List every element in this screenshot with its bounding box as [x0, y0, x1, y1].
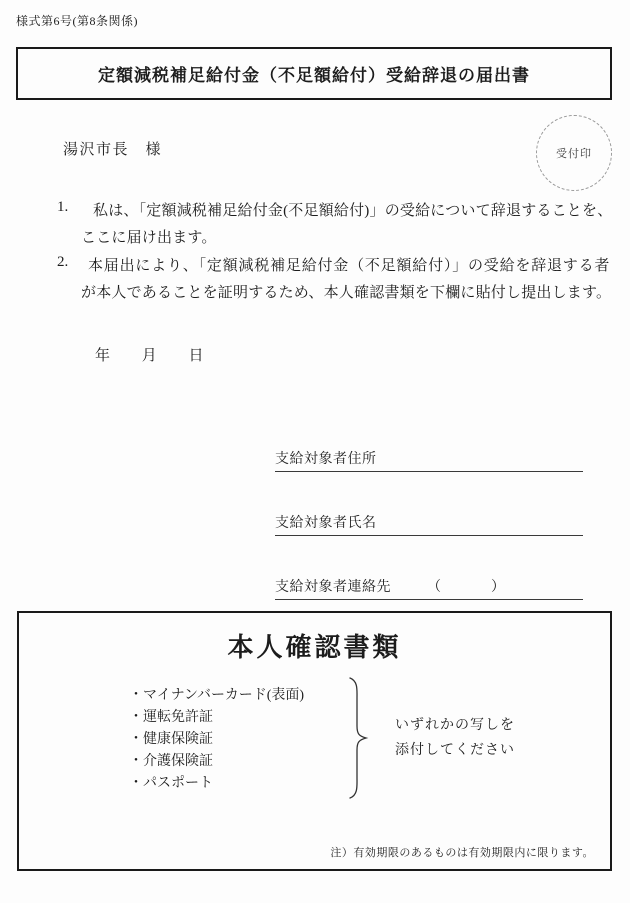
item-1-line-1: 私は、「定額減税補足給付金(不足額給付)」の受給について辞退することを、	[93, 199, 612, 220]
date-line: 年 月 日	[95, 344, 204, 365]
instruction-text: いずれかの写しを 添付してください	[395, 713, 515, 763]
item-2-line-2: が本人であることを証明するため、本人確認書類を下欄に貼付し提出します。	[81, 281, 611, 302]
field-recipient-contact-label: 支給対象者連絡先	[275, 580, 391, 595]
field-recipient-name: 支給対象者氏名	[275, 512, 583, 536]
date-year-label: 年	[95, 344, 110, 365]
page-title: 定額減税補足給付金（不足額給付）受給辞退の届出書	[98, 61, 530, 86]
instruction-line-1: いずれかの写しを	[395, 713, 515, 738]
field-recipient-address: 支給対象者住所	[275, 448, 583, 472]
item-2-number: 2.	[57, 254, 68, 271]
instruction-line-2: 添付してください	[395, 738, 515, 763]
field-recipient-name-label: 支給対象者氏名	[275, 516, 377, 531]
item-1-number: 1.	[57, 199, 68, 216]
id-documents-list: ・マイナンバーカード(表面) ・運転免許証 ・健康保険証 ・介護保険証 ・パスポ…	[129, 685, 304, 795]
doc-item-mynumber-card: ・マイナンバーカード(表面)	[129, 685, 304, 707]
receipt-seal-circle: 受付印	[536, 115, 612, 191]
curly-brace-icon	[346, 675, 370, 806]
doc-item-passport: ・パスポート	[129, 773, 304, 795]
date-day-label: 日	[189, 344, 204, 365]
receipt-seal-label: 受付印	[556, 145, 592, 161]
form-number: 様式第6号(第8条関係)	[16, 12, 138, 29]
doc-item-care-insurance: ・介護保険証	[129, 751, 304, 773]
validity-note: 注）有効期限のあるものは有効期限内に限ります。	[330, 844, 594, 860]
doc-item-health-insurance: ・健康保険証	[129, 729, 304, 751]
id-documents-box: 本人確認書類 ・マイナンバーカード(表面) ・運転免許証 ・健康保険証 ・介護保…	[17, 611, 612, 871]
item-2-line-1: 本届出により、「定額減税補足給付金（不足額給付）」の受給を辞退する者	[88, 254, 610, 275]
form-page: 様式第6号(第8条関係) 定額減税補足給付金（不足額給付）受給辞退の届出書 湯沢…	[0, 0, 630, 903]
phone-parentheses: （ ）	[427, 576, 507, 596]
date-month-label: 月	[142, 344, 157, 365]
id-documents-title: 本人確認書類	[19, 627, 610, 664]
field-recipient-contact: 支給対象者連絡先 （ ）	[275, 576, 583, 600]
doc-item-drivers-license: ・運転免許証	[129, 707, 304, 729]
field-recipient-address-label: 支給対象者住所	[275, 452, 377, 467]
item-1-line-2: ここに届け出ます。	[81, 226, 217, 247]
addressee: 湯沢市長 様	[63, 138, 162, 159]
title-box: 定額減税補足給付金（不足額給付）受給辞退の届出書	[16, 47, 612, 100]
